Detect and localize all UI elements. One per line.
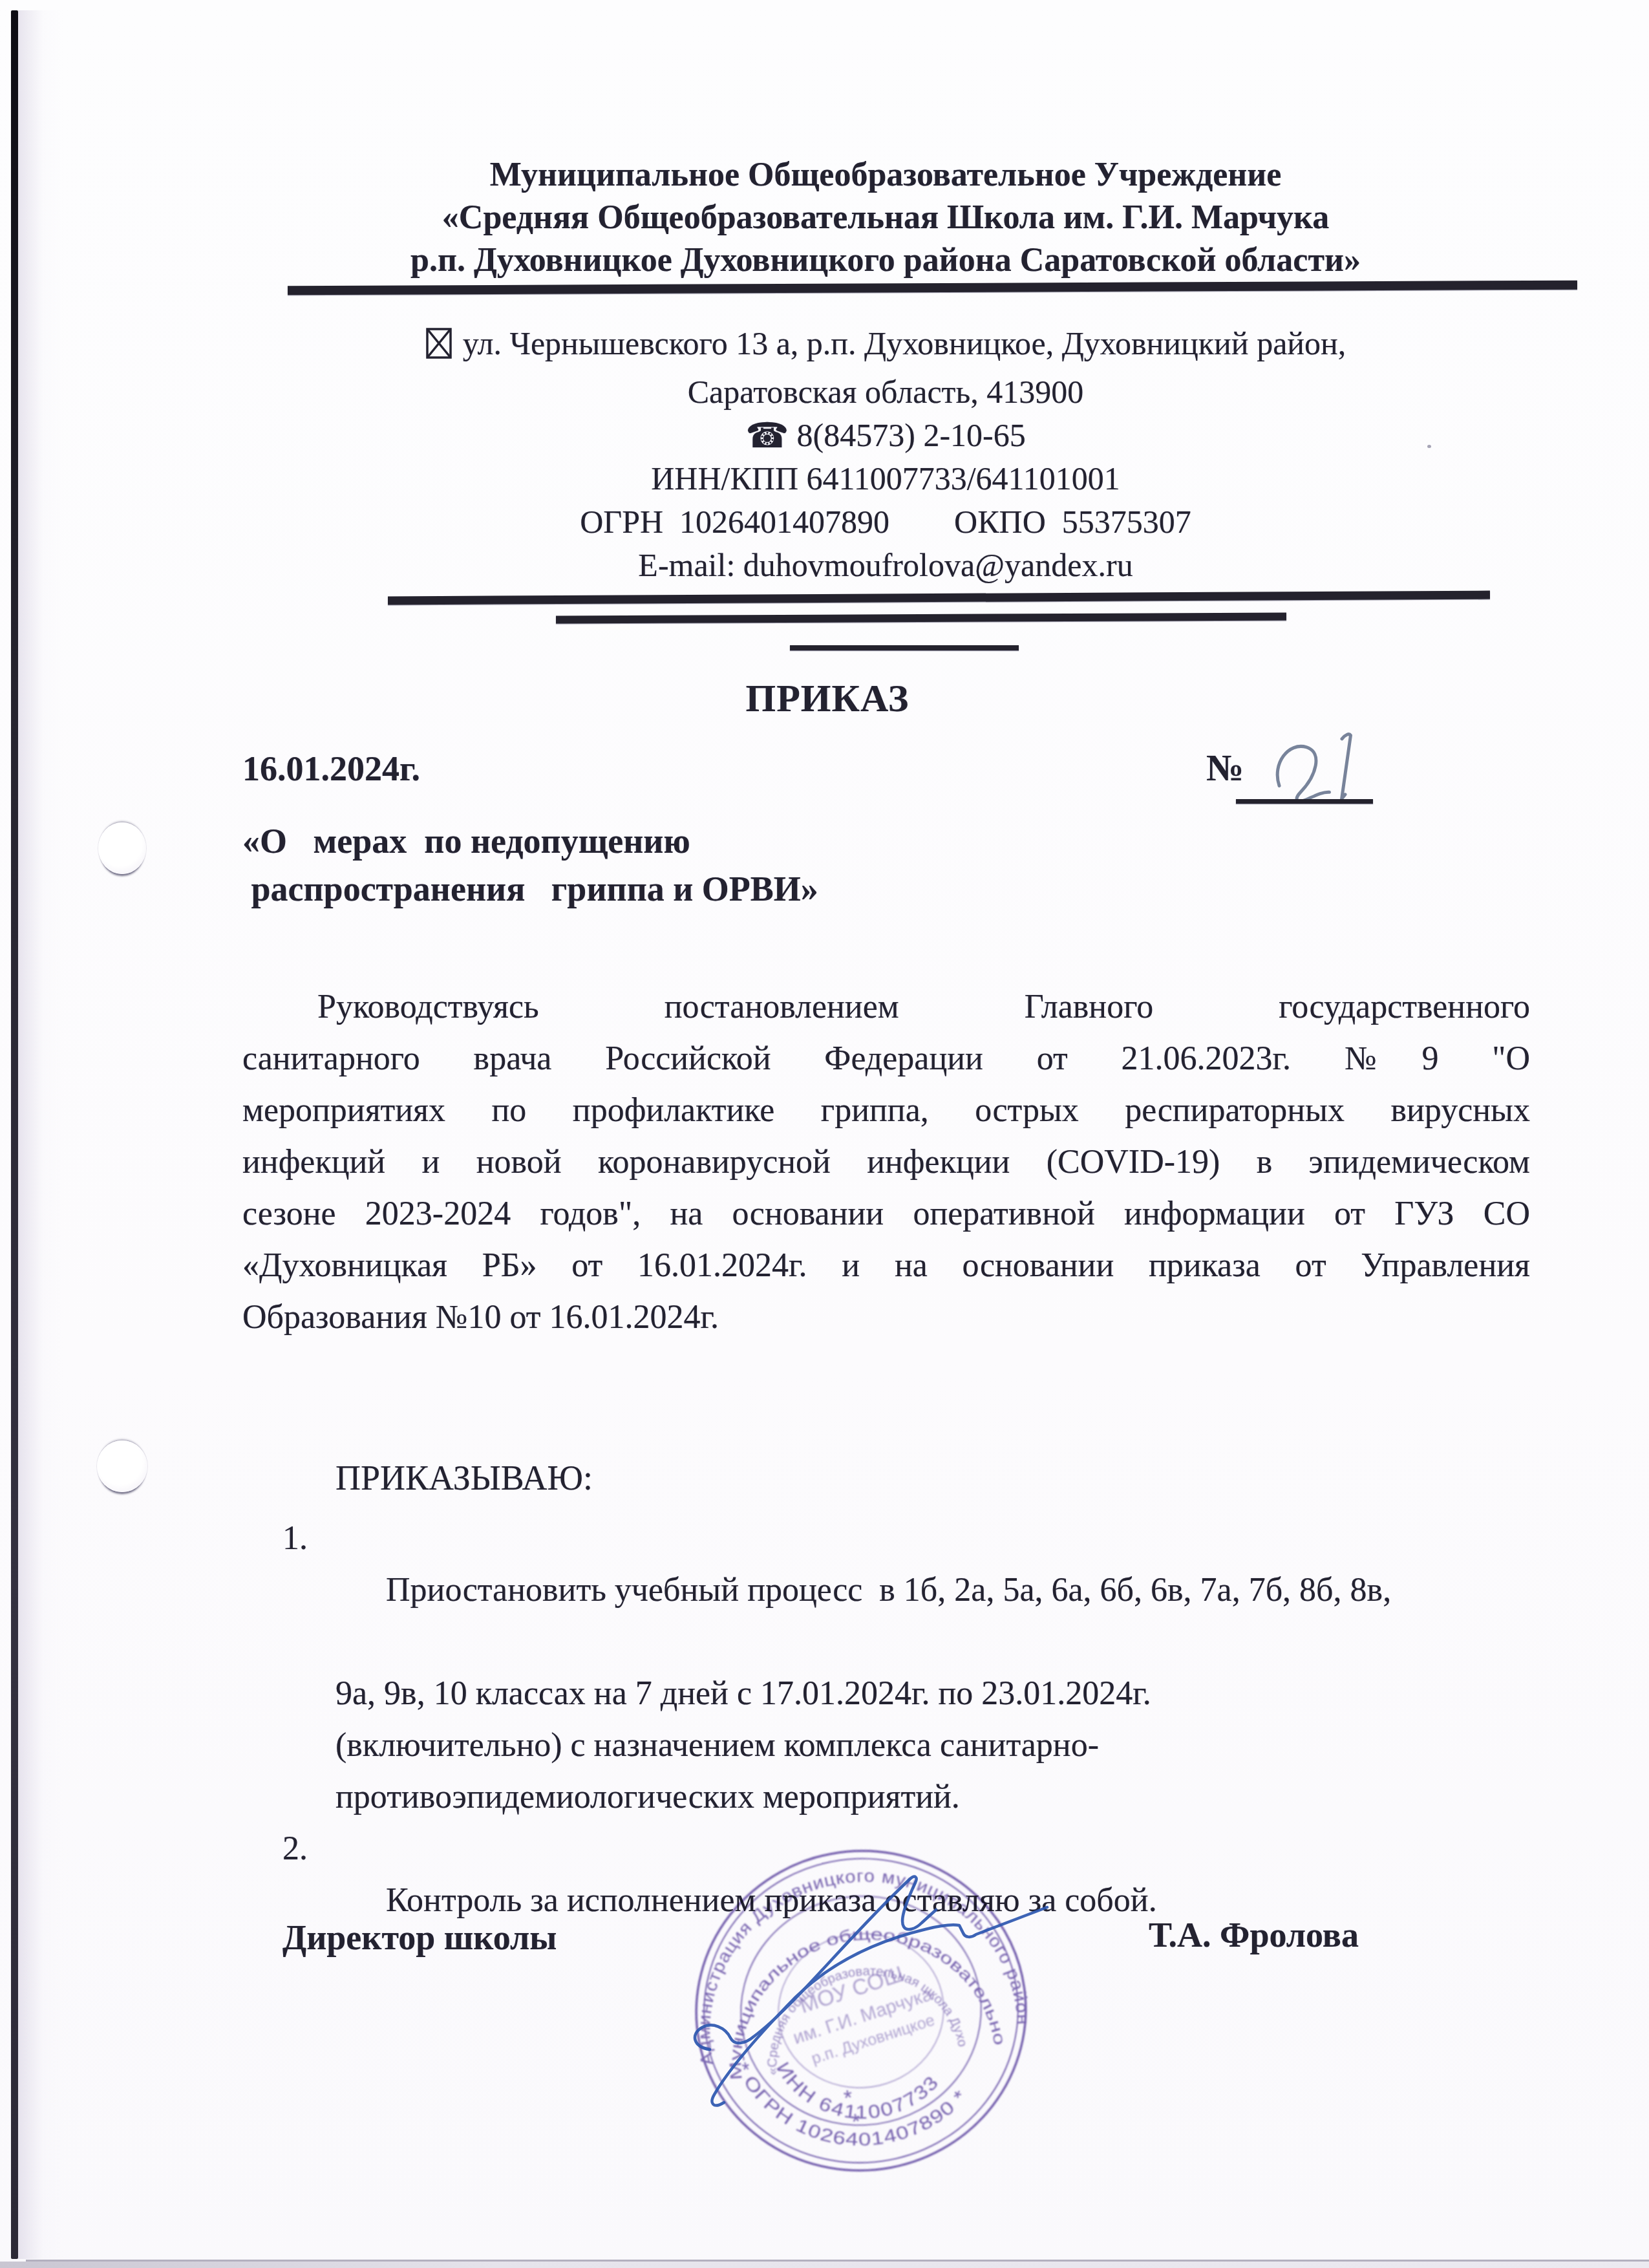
body-line: мероприятиях по профилактике гриппа, ост… bbox=[242, 1085, 1530, 1137]
hole-punch-top bbox=[98, 822, 146, 874]
order-item-line: 1.Приостановить учебный процесс в 1б, 2а… bbox=[335, 1513, 1570, 1668]
org-name-line2: «Средняя Общеобразовательная Школа им. Г… bbox=[246, 197, 1526, 239]
org-name-line3: р.п. Духовницкое Духовницкого района Сар… bbox=[246, 239, 1526, 282]
order-resolution: ПРИКАЗЫВАЮ: bbox=[335, 1458, 593, 1498]
contacts-divider-rule-medium bbox=[556, 613, 1286, 624]
order-item-line: 9а, 9в, 10 классах на 7 дней с 17.01.202… bbox=[335, 1668, 1570, 1720]
scanned-order-document: Муниципальное Общеобразовательное Учрежд… bbox=[0, 0, 1649, 2268]
body-line: Руководствуясь постановлением Главного г… bbox=[242, 981, 1530, 1033]
signature-stroke-upper bbox=[695, 1877, 936, 2049]
order-body: Руководствуясь постановлением Главного г… bbox=[242, 981, 1530, 1343]
ogrn-okpo-line: ОГРН 1026401407890 ОКПО 55375307 bbox=[246, 500, 1526, 544]
telephone-icon: ☎ bbox=[745, 415, 789, 456]
inn-kpp-line: ИНН/КПП 6411007733/641101001 bbox=[246, 457, 1526, 500]
contacts-block: ул. Чернышевского 13 а, р.п. Духовницкое… bbox=[246, 322, 1526, 587]
contacts-divider-rule-short bbox=[790, 645, 1019, 650]
body-line: «Духовницкая РБ» от 16.01.2024г. и на ос… bbox=[242, 1240, 1530, 1292]
order-subject-line2: распространения гриппа и ОРВИ» bbox=[242, 869, 818, 909]
order-item-line: противоэпидемиологических мероприятий. bbox=[335, 1771, 1570, 1823]
order-item-line: (включительно) с назначением комплекса с… bbox=[335, 1720, 1570, 1771]
org-name-line1: Муниципальное Общеобразовательное Учрежд… bbox=[246, 154, 1526, 197]
scan-left-edge bbox=[11, 10, 18, 2259]
signer-name: Т.А. Фролова bbox=[1149, 1915, 1359, 1955]
scan-left-shadow bbox=[18, 10, 63, 2259]
item-number: 1. bbox=[282, 1513, 308, 1565]
email-line: E-mail: duhovmoufrolova@yandex.ru bbox=[246, 544, 1526, 587]
signature-stroke-lower bbox=[712, 1907, 1047, 2105]
envelope-icon bbox=[425, 327, 452, 370]
director-signature-ink bbox=[633, 1835, 1086, 2158]
order-subject-line1: «О мерах по недопущению bbox=[242, 821, 690, 861]
letterhead-divider-rule bbox=[288, 281, 1577, 295]
signer-position: Директор школы bbox=[282, 1918, 557, 1958]
order-date: 16.01.2024г. bbox=[242, 749, 420, 789]
letterhead: Муниципальное Общеобразовательное Учрежд… bbox=[246, 154, 1526, 282]
body-line: Образования №10 от 16.01.2024г. bbox=[242, 1292, 1530, 1343]
item-number: 2. bbox=[282, 1823, 308, 1875]
hole-punch-bottom bbox=[97, 1440, 147, 1492]
order-number-underline bbox=[1236, 799, 1373, 804]
body-line: сезоне 2023-2024 годов", на основании оп… bbox=[242, 1188, 1530, 1240]
handwritten-digit-1 bbox=[1335, 734, 1357, 798]
handwritten-digit-2 bbox=[1275, 744, 1330, 803]
contacts-divider-rule-long bbox=[388, 591, 1490, 605]
order-title: ПРИКАЗ bbox=[181, 676, 1474, 721]
body-line: инфекций и новой коронавирусной инфекции… bbox=[242, 1137, 1530, 1188]
phone-line: ☎8(84573) 2-10-65 bbox=[246, 414, 1526, 457]
order-number-sign: № bbox=[1206, 746, 1244, 789]
address-line2: Саратовская область, 413900 bbox=[246, 370, 1526, 414]
body-line: санитарного врача Российской Федерации о… bbox=[242, 1033, 1530, 1085]
scan-bottom-band bbox=[0, 2262, 1649, 2268]
address-line1: ул. Чернышевского 13 а, р.п. Духовницкое… bbox=[246, 322, 1526, 370]
